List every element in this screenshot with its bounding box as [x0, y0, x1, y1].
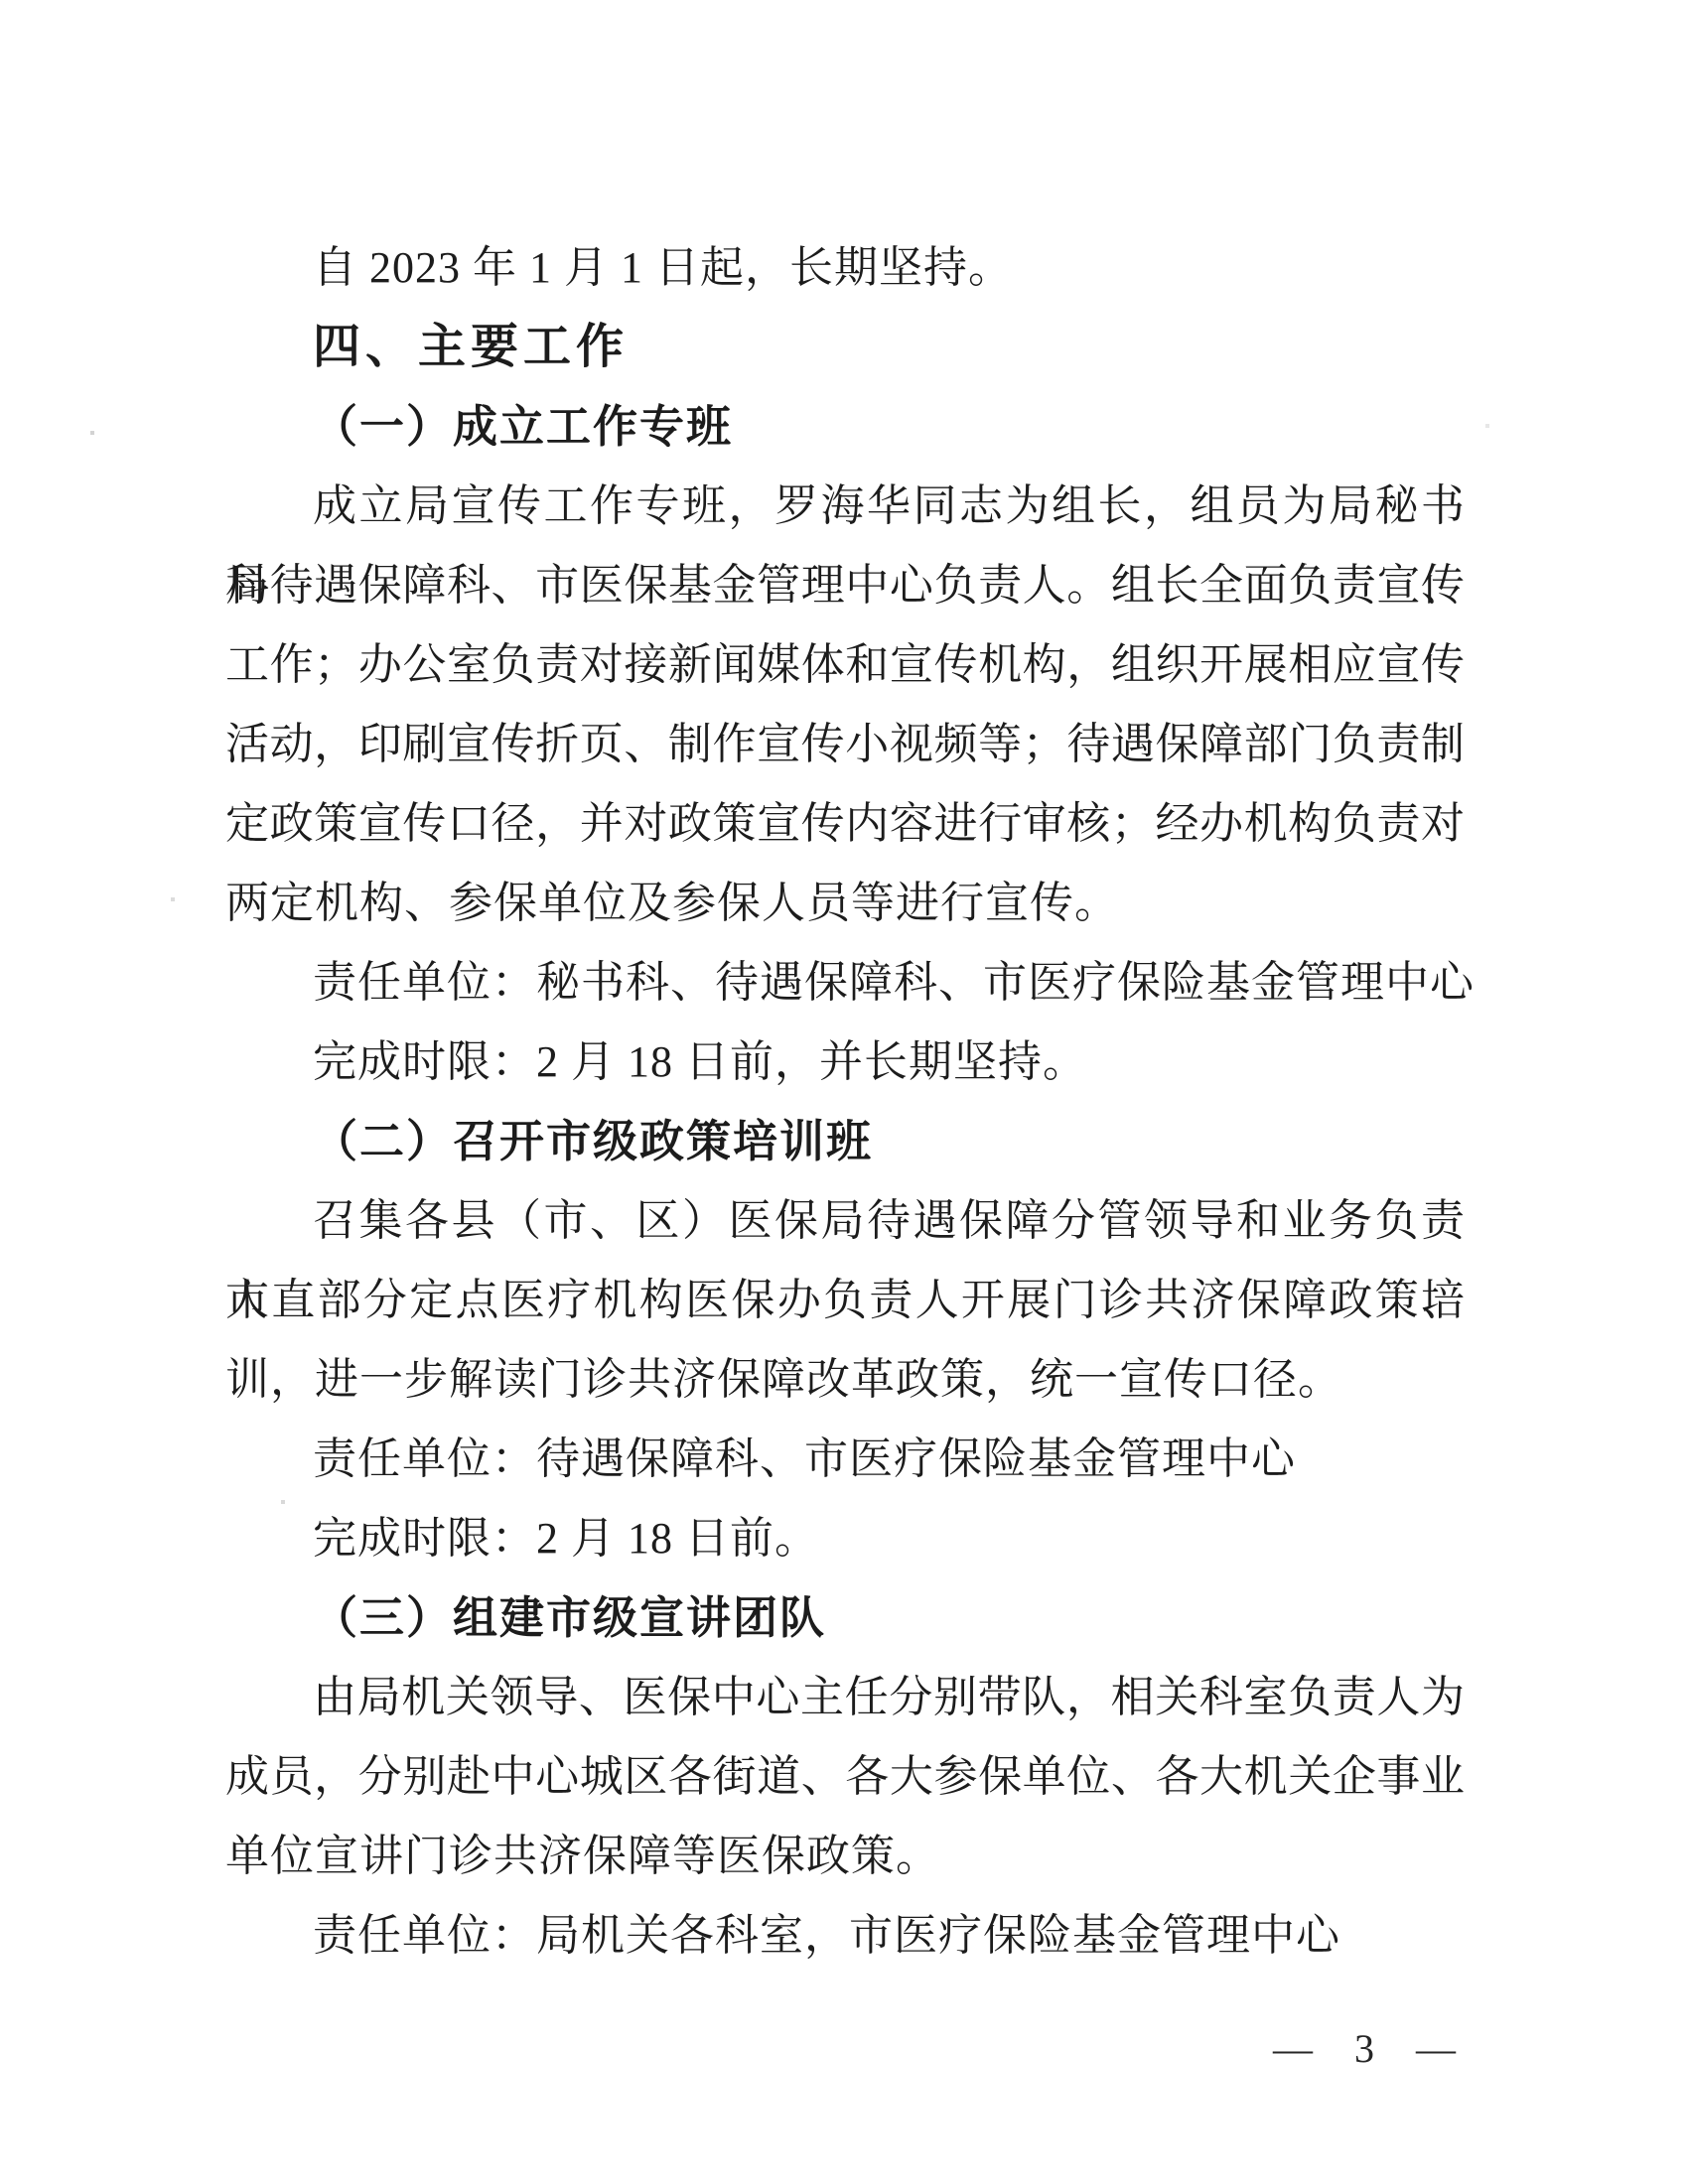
paragraph-line: 训，进一步解读门诊共济保障改革政策，统一宣传口径。 [225, 1340, 1465, 1420]
responsible-unit-line: 责任单位：待遇保障科、市医疗保险基金管理中心 [225, 1420, 1465, 1499]
paragraph-line: 工作；办公室负责对接新闻媒体和宣传机构，组织开展相应宣传 [225, 625, 1465, 705]
deadline-line: 完成时限：2 月 18 日前，并长期坚持。 [225, 1023, 1465, 1102]
subsection-heading-1: （一）成立工作专班 [225, 387, 1465, 467]
paragraph-line: 两定机构、参保单位及参保人员等进行宣传。 [225, 864, 1465, 943]
scan-noise [0, 0, 2, 2]
document-page: 自 2023 年 1 月 1 日起，长期坚持。 四、主要工作 （一）成立工作专班… [0, 0, 1688, 2184]
paragraph-line: 召集各县（市、区）医保局待遇保障分管领导和业务负责人、 [225, 1181, 1465, 1261]
paragraph-line: 自 2023 年 1 月 1 日起，长期坚持。 [225, 228, 1465, 308]
responsible-unit-line: 责任单位：局机关各科室，市医疗保险基金管理中心 [225, 1896, 1465, 1976]
paragraph-line: 活动，印刷宣传折页、制作宣传小视频等；待遇保障部门负责制 [225, 705, 1465, 784]
paragraph-line: 成员，分别赴中心城区各街道、各大参保单位、各大机关企事业 [225, 1737, 1465, 1817]
responsible-unit-line: 责任单位：秘书科、待遇保障科、市医疗保险基金管理中心 [225, 943, 1465, 1023]
paragraph-line: 由局机关领导、医保中心主任分别带队，相关科室负责人为 [225, 1658, 1465, 1737]
paragraph-line: 单位宣讲门诊共济保障等医保政策。 [225, 1817, 1465, 1896]
subsection-heading-2: （二）召开市级政策培训班 [225, 1102, 1465, 1181]
paragraph-line: 局待遇保障科、市医保基金管理中心负责人。组长全面负责宣传 [225, 546, 1465, 625]
page-number: — 3 — [1273, 2025, 1472, 2072]
paragraph-line: 市直部分定点医疗机构医保办负责人开展门诊共济保障政策培 [225, 1261, 1465, 1340]
paragraph-line: 定政策宣传口径，并对政策宣传内容进行审核；经办机构负责对 [225, 784, 1465, 864]
document-body: 自 2023 年 1 月 1 日起，长期坚持。 四、主要工作 （一）成立工作专班… [225, 228, 1465, 1976]
section-heading-main: 四、主要工作 [225, 308, 1465, 387]
subsection-heading-3: （三）组建市级宣讲团队 [225, 1578, 1465, 1658]
deadline-line: 完成时限：2 月 18 日前。 [225, 1499, 1465, 1578]
paragraph-line: 成立局宣传工作专班，罗海华同志为组长，组员为局秘书科、 [225, 467, 1465, 546]
